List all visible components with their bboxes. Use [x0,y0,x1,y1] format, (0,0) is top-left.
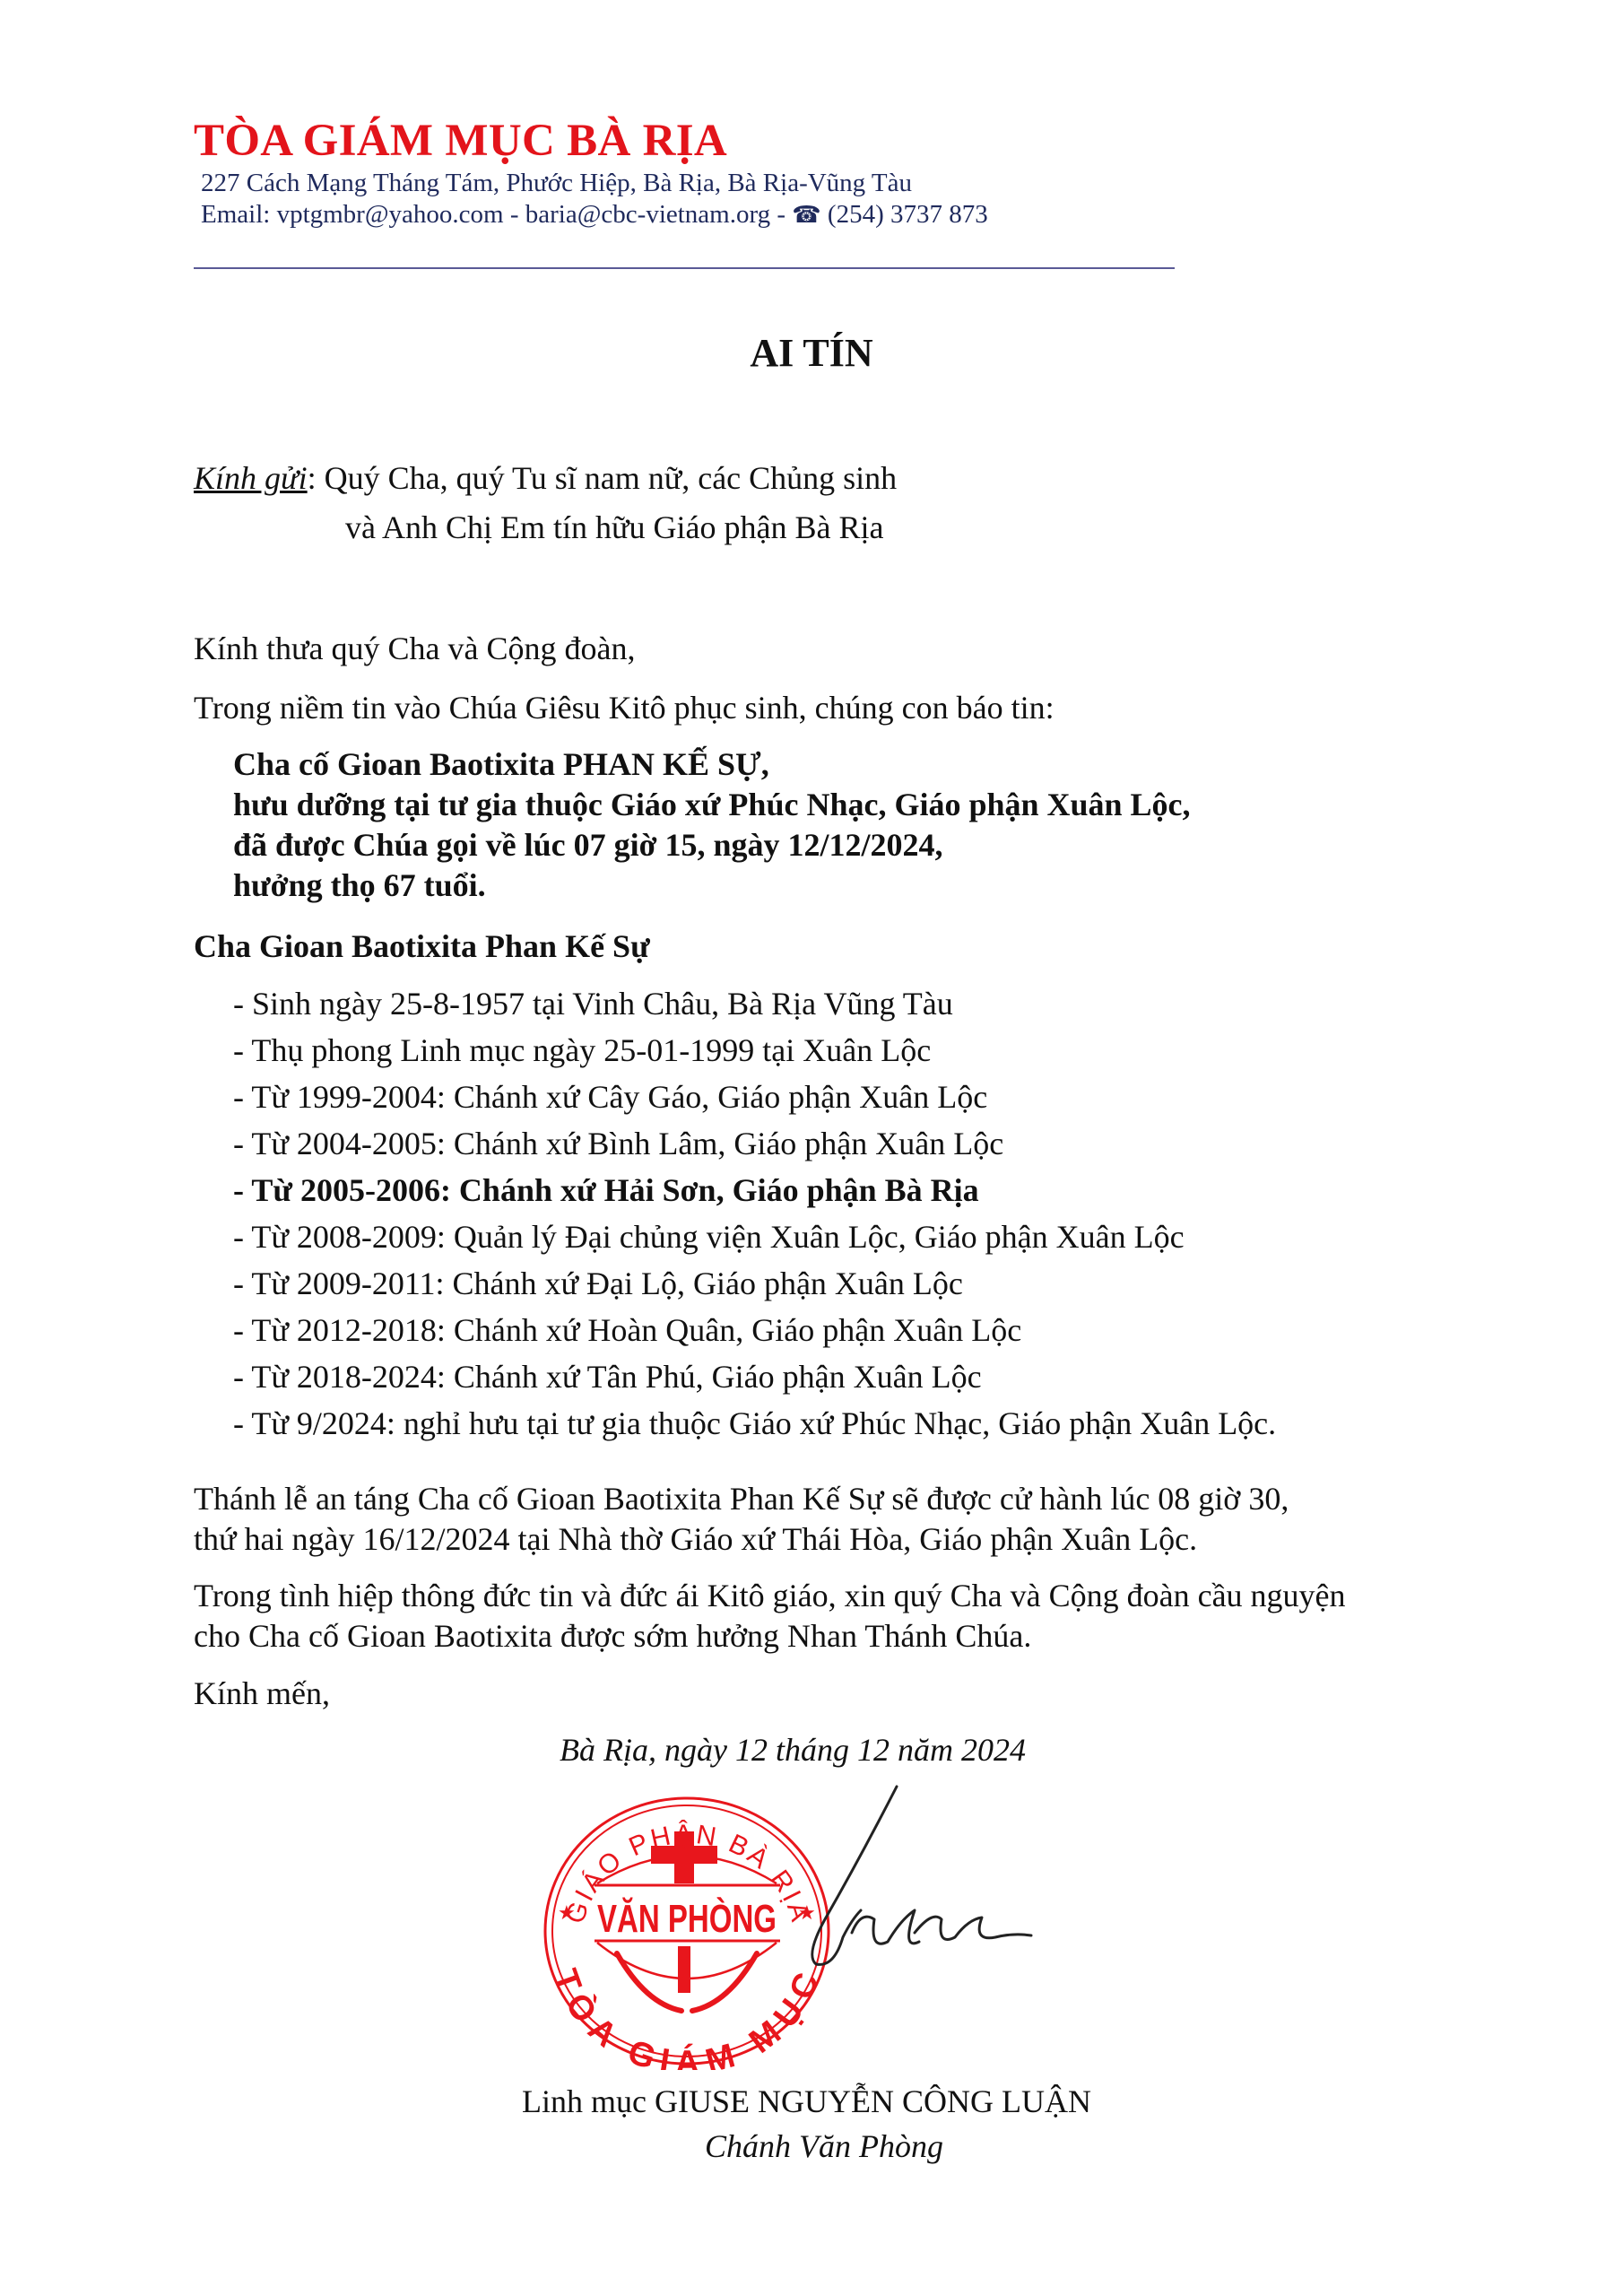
star-icon: ★ [558,1902,576,1925]
closing: Kính mến, [194,1674,330,1712]
prayer-line: Trong tình hiệp thông đức tin và đức ái … [194,1577,1346,1614]
intro-text: Trong niềm tin vào Chúa Giêsu Kitô phục … [194,689,1055,726]
signatory-title: Chánh Văn Phòng [705,2127,943,2165]
recipient-line-2: và Anh Chị Em tín hữu Giáo phận Bà Rịa [345,509,883,546]
bio-list-item: - Từ 2018-2024: Chánh xứ Tân Phú, Giáo p… [233,1358,982,1396]
phone-number: (254) 3737 873 [821,200,988,229]
bio-list-item: - Từ 2004-2005: Chánh xứ Bình Lâm, Giáo … [233,1125,1003,1162]
announcement-line: Cha cố Gioan Baotixita PHAN KẾ SỰ, [233,745,769,783]
bio-list-item: - Từ 1999-2004: Chánh xứ Cây Gáo, Giáo p… [233,1078,987,1116]
signatory-name: Linh mục GIUSE NGUYỄN CÔNG LUẬN [522,2083,1091,2120]
bio-list-item: - Từ 2012-2018: Chánh xứ Hoàn Quân, Giáo… [233,1311,1021,1349]
recipient-line-1: Kính gửi: Quý Cha, quý Tu sĩ nam nữ, các… [194,459,897,497]
letterhead-address: 227 Cách Mạng Tháng Tám, Phước Hiệp, Bà … [201,169,912,198]
stamp-center-text: VĂN PHÒNG [597,1896,777,1941]
bio-list-item: - Thụ phong Linh mục ngày 25-01-1999 tại… [233,1031,931,1069]
bio-list-item: - Sinh ngày 25-8-1957 tại Vinh Châu, Bà … [233,985,953,1022]
bio-list-item: - Từ 2005-2006: Chánh xứ Hải Sơn, Giáo p… [233,1171,979,1209]
recipient-text-1: : Quý Cha, quý Tu sĩ nam nữ, các Chủng s… [308,460,898,496]
place-date: Bà Rịa, ngày 12 tháng 12 năm 2024 [560,1731,1026,1769]
telephone-icon: ☎ [792,202,820,229]
bio-list-item: - Từ 2008-2009: Quản lý Đại chủng viện X… [233,1218,1185,1256]
signature [789,1776,1049,1991]
document-title: AI TÍN [0,330,1623,376]
announcement-line: hưu dưỡng tại tư gia thuộc Giáo xứ Phúc … [233,786,1191,823]
bio-list-item: - Từ 2009-2011: Chánh xứ Đại Lộ, Giáo ph… [233,1265,963,1302]
letterhead-divider [194,267,1175,269]
prayer-line: cho Cha cố Gioan Baotixita được sớm hưởn… [194,1617,1031,1655]
bio-list-item: - Từ 9/2024: nghỉ hưu tại tư gia thuộc G… [233,1405,1276,1442]
announcement-line: đã được Chúa gọi về lúc 07 giờ 15, ngày … [233,826,943,864]
letterhead-org-name: TÒA GIÁM MỤC BÀ RỊA [194,115,727,167]
email-line: Email: vptgmbr@yahoo.com - baria@cbc-vie… [201,200,792,229]
recipient-label: Kính gửi [194,460,308,496]
announcement-line: hưởng thọ 67 tuổi. [233,866,486,904]
funeral-line: Thánh lễ an táng Cha cố Gioan Baotixita … [194,1480,1289,1518]
letterhead-contact: Email: vptgmbr@yahoo.com - baria@cbc-vie… [201,200,988,230]
funeral-line: thứ hai ngày 16/12/2024 tại Nhà thờ Giáo… [194,1520,1197,1558]
bio-heading: Cha Gioan Baotixita Phan Kế Sự [194,927,650,965]
salutation: Kính thưa quý Cha và Cộng đoàn, [194,630,635,667]
